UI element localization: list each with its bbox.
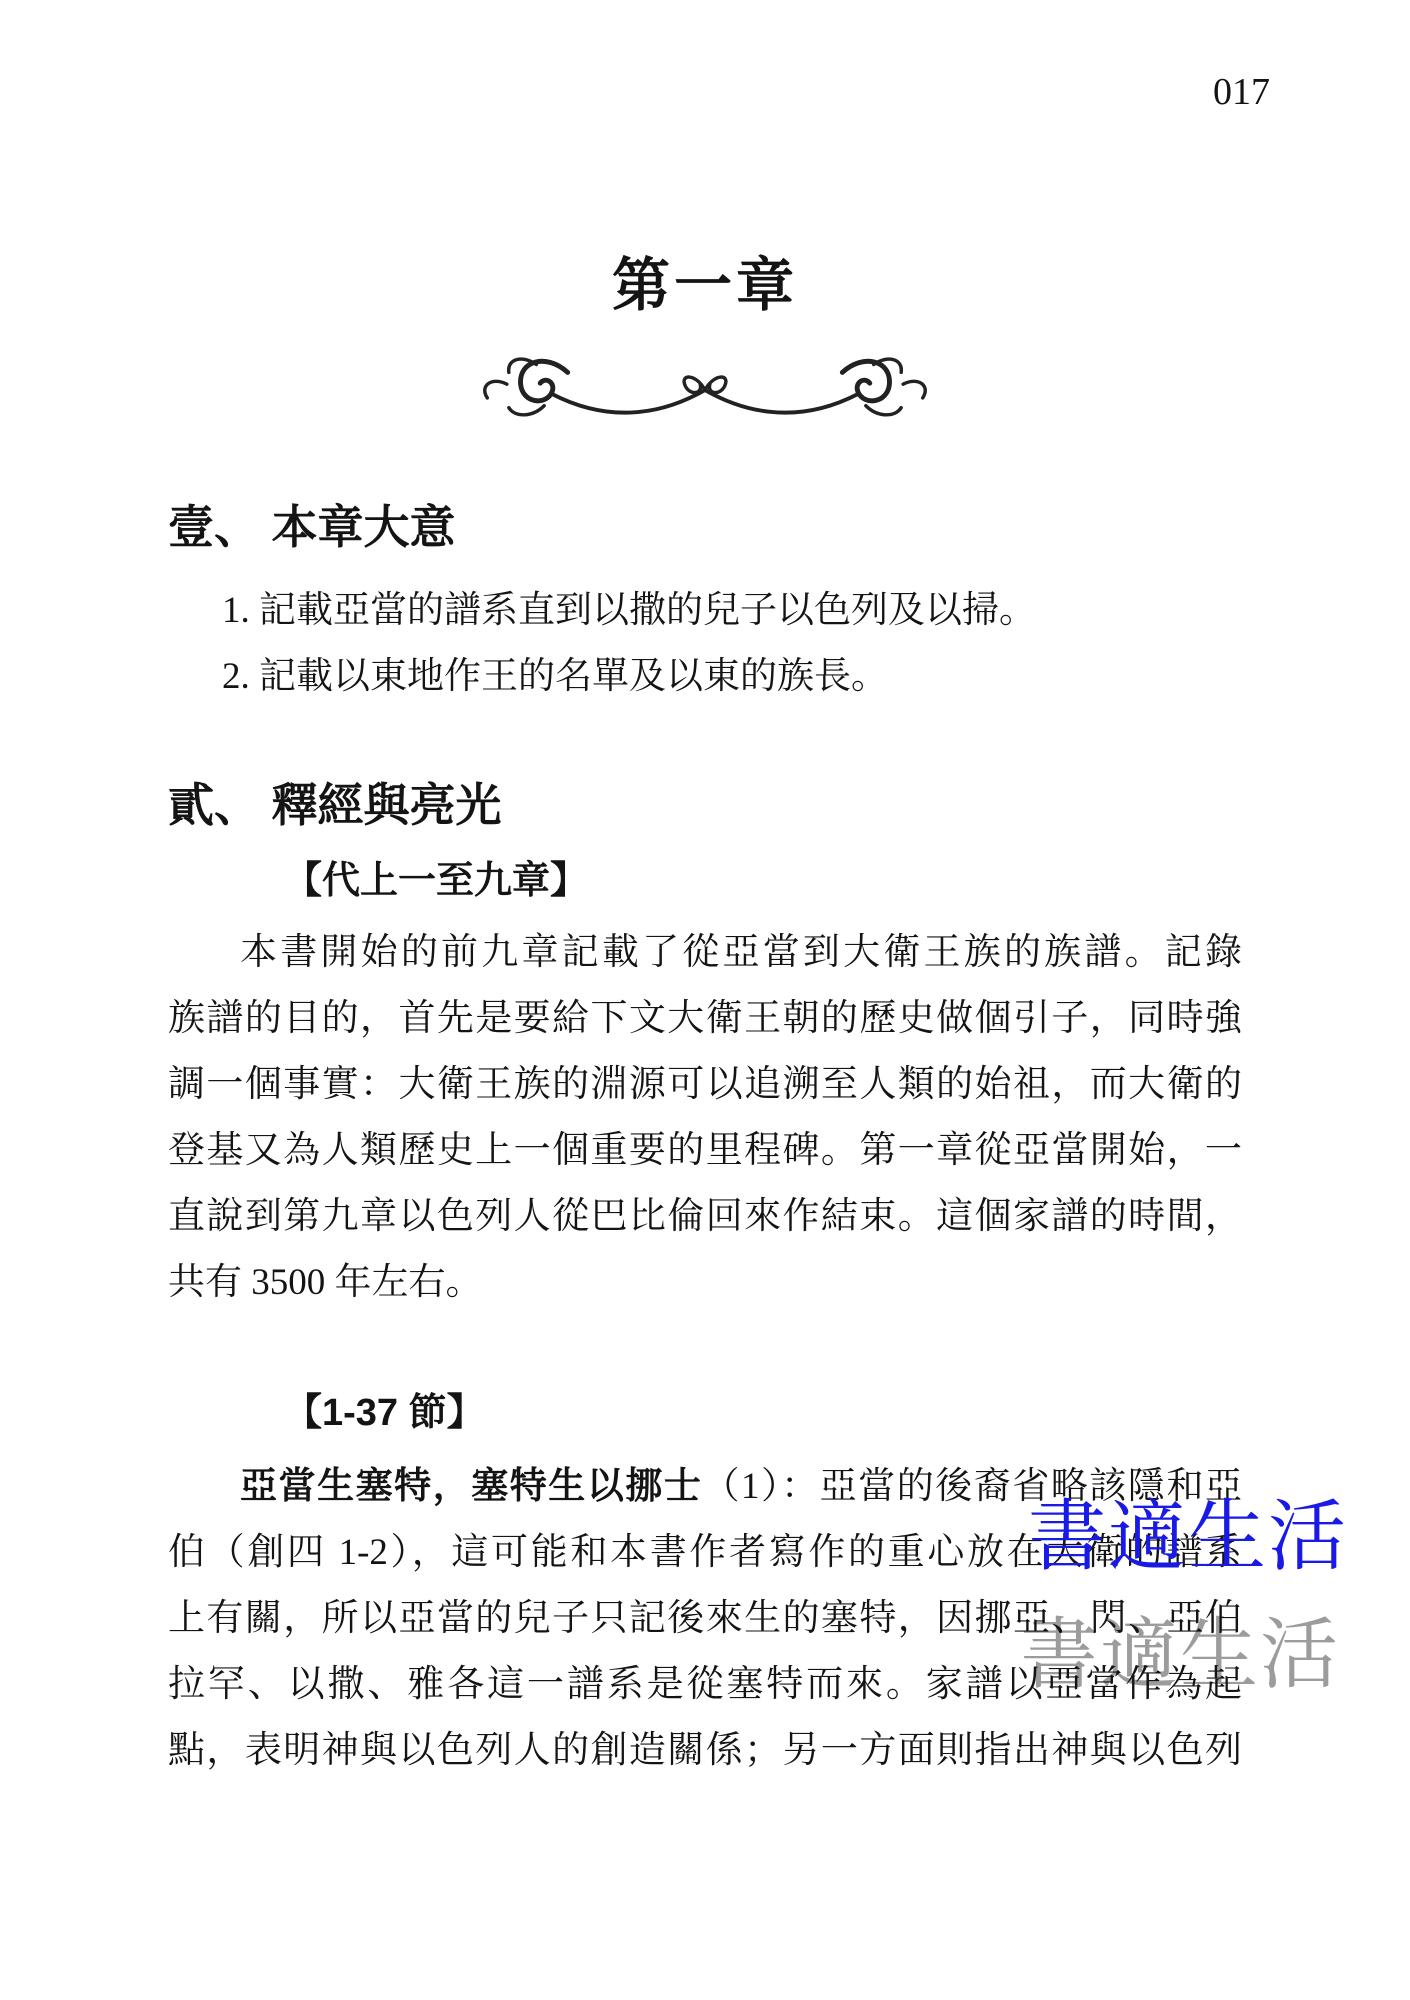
exposition-paragraph: 本書開始的前九章記載了從亞當到大衛王族的族譜。記錄 族譜的目的，首先是要給下文大…	[168, 922, 1242, 1318]
subheading-chapters: 【代上一至九章】	[168, 856, 1242, 906]
verse-lead-bold: 亞當生塞特，塞特生以挪士	[240, 1466, 702, 1507]
paragraph-line: 族譜的目的，首先是要給下文大衛王朝的歷史做個引子，同時強	[168, 988, 1242, 1054]
list-item: 1. 記載亞當的譜系直到以撒的兒子以色列及以掃。	[168, 586, 1242, 636]
paragraph-line: 調一個事實：大衛王族的淵源可以追溯至人類的始祖，而大衛的	[168, 1054, 1242, 1120]
watermark-blue: 書適生活	[1028, 1498, 1348, 1576]
section-heading-exposition: 貳、 釋經與亮光	[168, 778, 1242, 834]
book-page: 017 第一章 壹、	[0, 0, 1410, 2000]
paragraph-line: 上有關，所以亞當的兒子只記後來生的塞特，因挪亞、閃、亞伯	[168, 1588, 1242, 1654]
flourish-divider-icon	[450, 350, 960, 434]
paragraph-line: 共有 3500 年左右。	[168, 1252, 1242, 1318]
paragraph-line: 直說到第九章以色列人從巴比倫回來作結束。這個家譜的時間，	[168, 1186, 1242, 1252]
paragraph-line: 點，表明神與以色列人的創造關係；另一方面則指出神與以色列	[168, 1720, 1242, 1786]
subheading-verses: 【1-37 節】	[168, 1388, 1242, 1438]
paragraph-line: 登基又為人類歷史上一個重要的里程碑。第一章從亞當開始，一	[168, 1120, 1242, 1186]
section-heading-summary: 壹、 本章大意	[168, 500, 1242, 556]
page-number: 017	[1213, 70, 1270, 114]
list-item: 2. 記載以東地作王的名單及以東的族長。	[168, 652, 1242, 702]
chapter-title: 第一章	[0, 238, 1410, 322]
paragraph-line: 本書開始的前九章記載了從亞當到大衛王族的族譜。記錄	[168, 922, 1242, 988]
paragraph-line: 拉罕、以撒、雅各這一譜系是從塞特而來。家譜以亞當作為起	[168, 1654, 1242, 1720]
